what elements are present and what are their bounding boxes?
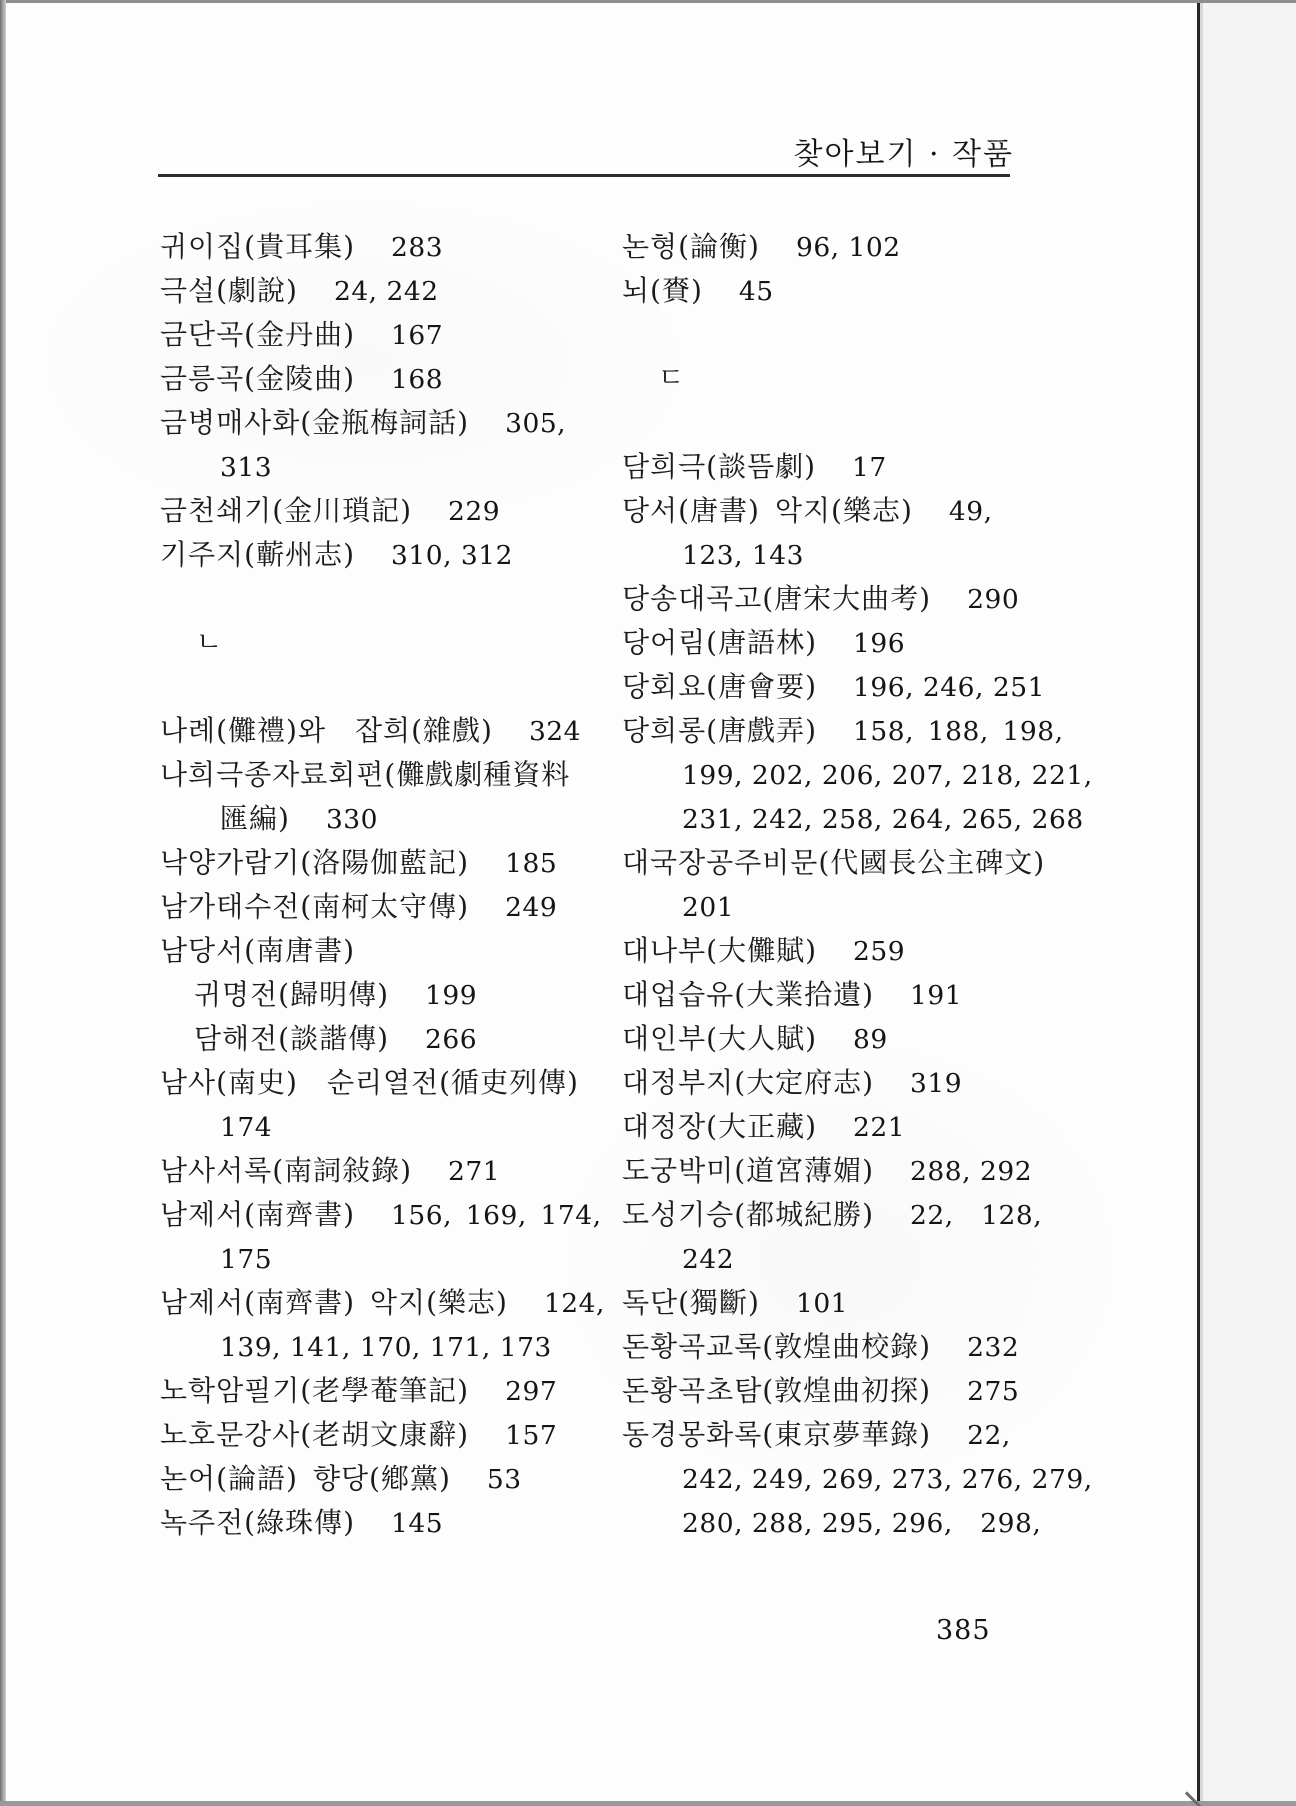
index-entry: 녹주전(綠珠傳)145 (160, 1501, 622, 1545)
index-entry: 남제서(南齊書)156, 169, 174, (160, 1193, 622, 1237)
index-entry: 금단곡(金丹曲)167 (160, 313, 622, 357)
entry-page-numbers: 191 (910, 980, 962, 1011)
entry-page-numbers: 313 (220, 452, 272, 483)
entry-page-numbers: 196 (853, 628, 905, 659)
entry-page-numbers: 124, (544, 1288, 605, 1319)
scan-edge-bottom (0, 1801, 1296, 1806)
entry-page-numbers: 89 (853, 1024, 888, 1055)
entry-title: 당희롱(唐戲弄) (622, 714, 817, 747)
entry-page-numbers: 145 (391, 1508, 443, 1539)
index-entry: 대인부(大人賦)89 (622, 1017, 1127, 1061)
index-entry: 담희극(談뜸劇)17 (622, 445, 1127, 489)
index-entry: 귀명전(歸明傳)199 (160, 973, 622, 1017)
entry-page-numbers: 242, 249, 269, 273, 276, 279, (682, 1464, 1093, 1495)
index-column-right: 논형(論衡)96, 102뇌(賚)45ㄷ담희극(談뜸劇)17당서(唐書) 악지(… (622, 225, 1127, 1545)
entry-title: 극설(劇說) (160, 274, 298, 307)
entry-page-numbers: 199, 202, 206, 207, 218, 221, (682, 760, 1093, 791)
index-entry: 242, 249, 269, 273, 276, 279, (622, 1457, 1127, 1501)
entry-title: 돈황곡교록(敦煌曲校錄) (622, 1330, 931, 1363)
entry-title: 금단곡(金丹曲) (160, 318, 355, 351)
entry-page-numbers: 259 (853, 936, 905, 967)
index-entry: 금천쇄기(金川瑣記)229 (160, 489, 622, 533)
entry-page-numbers: 242 (682, 1244, 734, 1275)
entry-page-numbers: 22, (967, 1420, 1011, 1451)
index-entry: 낙양가람기(洛陽伽藍記)185 (160, 841, 622, 885)
entry-title: 대나부(大儺賦) (622, 934, 817, 967)
entry-page-numbers: 232 (967, 1332, 1019, 1363)
entry-title: 노학암필기(老學菴筆記) (160, 1374, 469, 1407)
index-entry: 대정부지(大定府志)319 (622, 1061, 1127, 1105)
entry-page-numbers: 221 (853, 1112, 905, 1143)
entry-title: 논형(論衡) (622, 230, 760, 263)
entry-title: 귀이집(貴耳集) (160, 230, 355, 263)
header-rule (158, 174, 1010, 177)
index-entry: 174 (160, 1105, 622, 1149)
entry-page-numbers: 324 (529, 716, 581, 747)
index-entry: 논어(論語) 향당(鄕黨)53 (160, 1457, 622, 1501)
index-entry: 匯編)330 (160, 797, 622, 841)
index-entry: 담해전(談諧傳)266 (160, 1017, 622, 1061)
entry-page-numbers: 297 (505, 1376, 557, 1407)
entry-title: 돈황곡초탐(敦煌曲初探) (622, 1374, 931, 1407)
entry-title: 금천쇄기(金川瑣記) (160, 494, 412, 527)
entry-title: 남사서록(南詞敍錄) (160, 1154, 412, 1187)
entry-title: 동경몽화록(東京夢華錄) (622, 1418, 931, 1451)
entry-page-numbers: 157 (505, 1420, 557, 1451)
entry-title: 담해전(談諧傳) (194, 1022, 389, 1055)
index-entry: 대정장(大正藏)221 (622, 1105, 1127, 1149)
entry-page-numbers: 17 (852, 452, 887, 483)
entry-page-numbers: 305, (505, 408, 566, 439)
entry-title: 남당서(南唐書) (160, 934, 355, 967)
entry-page-numbers: 168 (391, 364, 443, 395)
index-entry: 뇌(賚)45 (622, 269, 1127, 313)
entry-page-numbers: 139, 141, 170, 171, 173 (220, 1332, 552, 1363)
entry-page-numbers: 53 (487, 1464, 522, 1495)
entry-title: 노호문강사(老胡文康辭) (160, 1418, 469, 1451)
entry-title: 금릉곡(金陵曲) (160, 362, 355, 395)
section-header: ㄴ (160, 621, 622, 665)
entry-title: 남사(南史) 순리열전(循吏列傳) (160, 1066, 579, 1099)
index-entry: 돈황곡초탐(敦煌曲初探)275 (622, 1369, 1127, 1413)
index-entry: 201 (622, 885, 1127, 929)
index-entry: 당송대곡고(唐宋大曲考)290 (622, 577, 1127, 621)
index-entry: 동경몽화록(東京夢華錄)22, (622, 1413, 1127, 1457)
entry-title: 녹주전(綠珠傳) (160, 1506, 355, 1539)
entry-title: 귀명전(歸明傳) (194, 978, 389, 1011)
entry-page-numbers: 49, (949, 496, 993, 527)
index-entry: 나례(儺禮)와 잡희(雜戲)324 (160, 709, 622, 753)
entry-title: 남제서(南齊書) (160, 1198, 355, 1231)
index-entry: 대국장공주비문(代國長公主碑文) (622, 841, 1127, 885)
index-entry: 당희롱(唐戲弄)158, 188, 198, (622, 709, 1127, 753)
entry-page-numbers: 310, 312 (391, 540, 513, 571)
entry-title: 대업습유(大業拾遺) (622, 978, 874, 1011)
index-entry: 나희극종자료회편(儺戲劇種資料 (160, 753, 622, 797)
entry-page-numbers: 290 (967, 584, 1019, 615)
entry-title: 남가태수전(南柯太守傳) (160, 890, 469, 923)
entry-page-numbers: 199 (425, 980, 477, 1011)
entry-title: 뇌(賚) (622, 274, 703, 307)
entry-page-numbers: 275 (967, 1376, 1019, 1407)
entry-title: 논어(論語) 향당(鄕黨) (160, 1462, 451, 1495)
entry-page-numbers: 167 (391, 320, 443, 351)
entry-title: 기주지(蘄州志) (160, 538, 355, 571)
running-header: 찾아보기 · 작품 (794, 129, 1015, 173)
entry-page-numbers: 158, 188, 198, (853, 716, 1064, 747)
index-entry: 남사서록(南詞敍錄)271 (160, 1149, 622, 1193)
index-entry: 기주지(蘄州志)310, 312 (160, 533, 622, 577)
entry-page-numbers: 231, 242, 258, 264, 265, 268 (682, 804, 1084, 835)
index-entry: 돈황곡교록(敦煌曲校錄)232 (622, 1325, 1127, 1369)
index-entry: 대나부(大儺賦)259 (622, 929, 1127, 973)
entry-title: 남제서(南齊書) 악지(樂志) (160, 1286, 508, 1319)
index-entry: 280, 288, 295, 296, 298, (622, 1501, 1127, 1545)
entry-page-numbers: 123, 143 (682, 540, 804, 571)
index-column-left: 귀이집(貴耳集)283극설(劇說)24, 242금단곡(金丹曲)167금릉곡(金… (160, 225, 622, 1545)
index-entry: 도궁박미(道宮薄媚)288, 292 (622, 1149, 1127, 1193)
index-entry: 금릉곡(金陵曲)168 (160, 357, 622, 401)
entry-page-numbers: 283 (391, 232, 443, 263)
section-letter: ㄷ (658, 363, 685, 394)
index-entry: 도성기승(都城紀勝)22, 128, (622, 1193, 1127, 1237)
index-entry: 139, 141, 170, 171, 173 (160, 1325, 622, 1369)
index-entry: 노학암필기(老學菴筆記)297 (160, 1369, 622, 1413)
section-header: ㄷ (622, 357, 1127, 401)
index-entry: 175 (160, 1237, 622, 1281)
entry-page-numbers: 249 (505, 892, 557, 923)
index-entry: 논형(論衡)96, 102 (622, 225, 1127, 269)
index-entry: 123, 143 (622, 533, 1127, 577)
entry-title: 당서(唐書) 악지(樂志) (622, 494, 913, 527)
entry-page-numbers: 185 (505, 848, 557, 879)
index-entry: 231, 242, 258, 264, 265, 268 (622, 797, 1127, 841)
index-entry: 당서(唐書) 악지(樂志)49, (622, 489, 1127, 533)
entry-title: 독단(獨斷) (622, 1286, 760, 1319)
entry-page-numbers: 196, 246, 251 (853, 672, 1045, 703)
book-page: 찾아보기 · 작품 귀이집(貴耳集)283극설(劇說)24, 242금단곡(金丹… (6, 3, 1200, 1801)
entry-page-numbers: 22, 128, (910, 1200, 1042, 1231)
entry-title: 도성기승(都城紀勝) (622, 1198, 874, 1231)
index-entry: 242 (622, 1237, 1127, 1281)
index-entry: 노호문강사(老胡文康辭)157 (160, 1413, 622, 1457)
entry-title: 匯編) (220, 802, 290, 835)
entry-title: 담희극(談뜸劇) (622, 450, 816, 483)
entry-title: 당회요(唐會要) (622, 670, 817, 703)
index-entry: 남당서(南唐書) (160, 929, 622, 973)
index-entry: 313 (160, 445, 622, 489)
entry-page-numbers: 288, 292 (910, 1156, 1032, 1187)
index-entry: 당회요(唐會要)196, 246, 251 (622, 665, 1127, 709)
index-entry: 199, 202, 206, 207, 218, 221, (622, 753, 1127, 797)
entry-page-numbers: 266 (425, 1024, 477, 1055)
entry-page-numbers: 201 (682, 892, 734, 923)
section-letter: ㄴ (196, 627, 223, 658)
page-number: 385 (936, 1615, 991, 1646)
index-entry: 독단(獨斷)101 (622, 1281, 1127, 1325)
index-entry: 귀이집(貴耳集)283 (160, 225, 622, 269)
index-entry: 금병매사화(金瓶梅詞話)305, (160, 401, 622, 445)
entry-title: 나희극종자료회편(儺戲劇種資料 (160, 758, 570, 791)
entry-page-numbers: 24, 242 (334, 276, 439, 307)
index-entry: 남가태수전(南柯太守傳)249 (160, 885, 622, 929)
entry-title: 대국장공주비문(代國長公主碑文) (622, 846, 1045, 879)
entry-page-numbers: 229 (448, 496, 500, 527)
entry-title: 도궁박미(道宮薄媚) (622, 1154, 874, 1187)
entry-page-numbers: 45 (739, 276, 774, 307)
entry-page-numbers: 96, 102 (796, 232, 901, 263)
index-entry: 극설(劇說)24, 242 (160, 269, 622, 313)
entry-title: 대정장(大正藏) (622, 1110, 817, 1143)
entry-page-numbers: 280, 288, 295, 296, 298, (682, 1508, 1041, 1539)
entry-title: 나례(儺禮)와 잡희(雜戲) (160, 714, 493, 747)
entry-title: 낙양가람기(洛陽伽藍記) (160, 846, 469, 879)
index-entry: 남사(南史) 순리열전(循吏列傳) (160, 1061, 622, 1105)
index-entry: 남제서(南齊書) 악지(樂志)124, (160, 1281, 622, 1325)
entry-page-numbers: 319 (910, 1068, 962, 1099)
index-entry: 대업습유(大業拾遺)191 (622, 973, 1127, 1017)
entry-page-numbers: 174 (220, 1112, 272, 1143)
entry-page-numbers: 101 (796, 1288, 848, 1319)
entry-title: 금병매사화(金瓶梅詞話) (160, 406, 469, 439)
entry-title: 당송대곡고(唐宋大曲考) (622, 582, 931, 615)
entry-page-numbers: 175 (220, 1244, 272, 1275)
entry-title: 대인부(大人賦) (622, 1022, 817, 1055)
entry-page-numbers: 271 (448, 1156, 500, 1187)
entry-title: 대정부지(大定府志) (622, 1066, 874, 1099)
entry-page-numbers: 330 (326, 804, 378, 835)
entry-title: 당어림(唐語林) (622, 626, 817, 659)
entry-page-numbers: 156, 169, 174, (391, 1200, 602, 1231)
index-entry: 당어림(唐語林)196 (622, 621, 1127, 665)
